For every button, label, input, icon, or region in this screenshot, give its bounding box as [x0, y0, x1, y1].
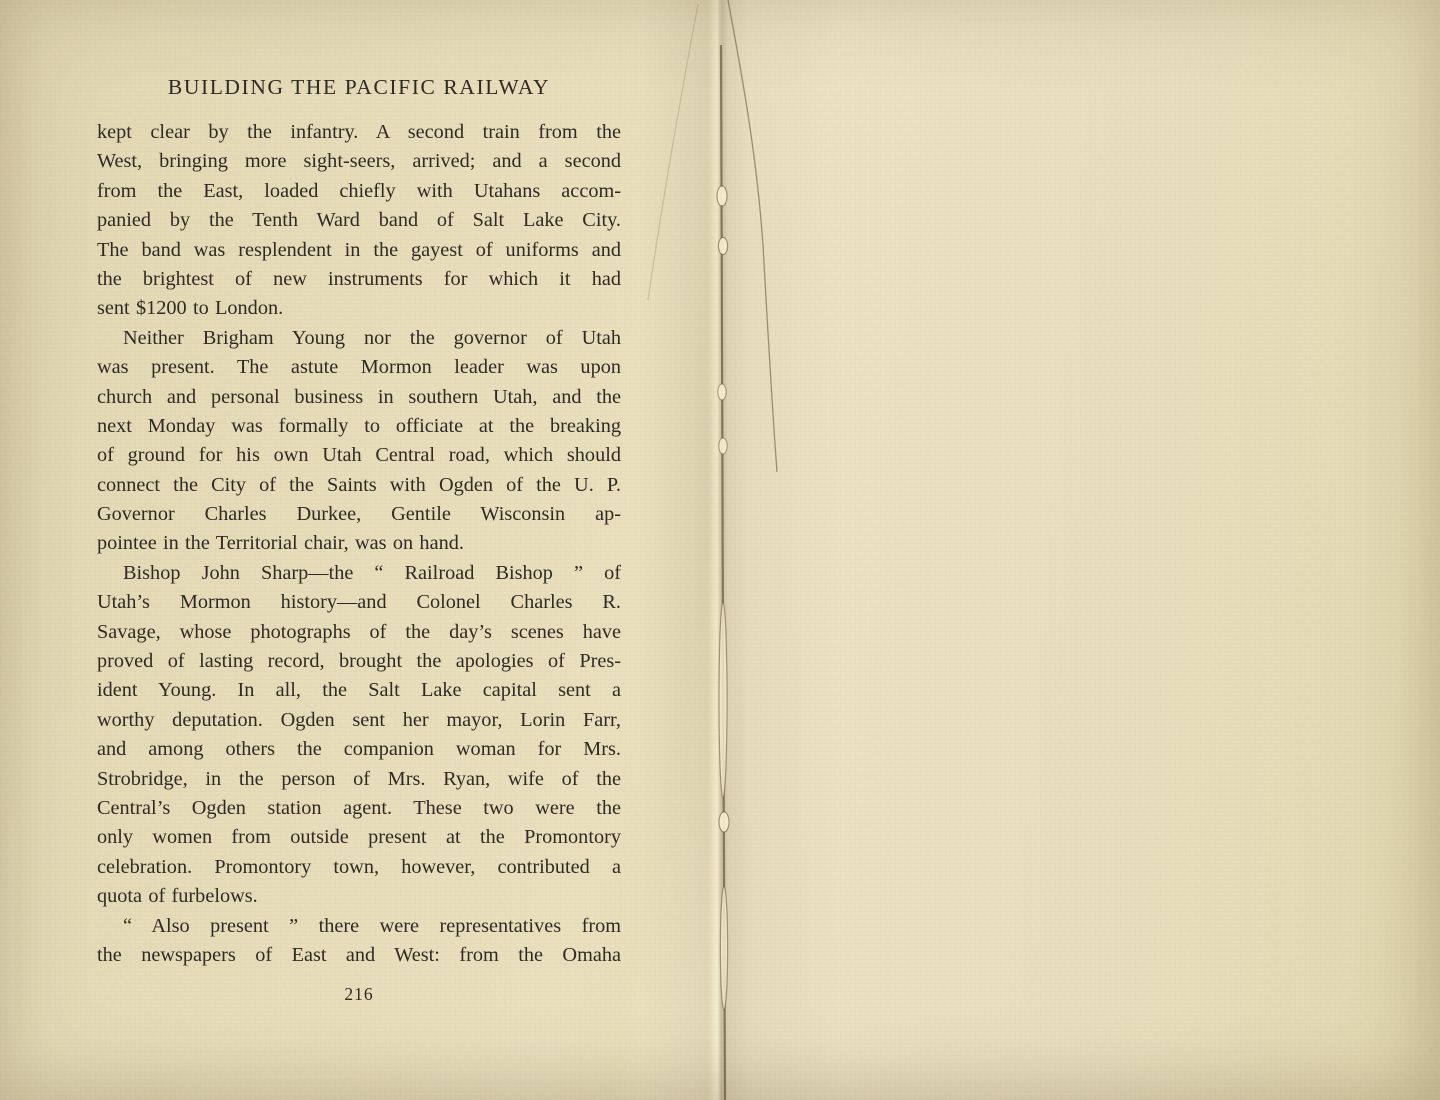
- text-line: panied by the Tenth Ward band of Salt La…: [97, 206, 621, 235]
- left-page: BUILDING THE PACIFIC RAILWAY kept clear …: [0, 0, 720, 1100]
- text-line: ident Young. In all, the Salt Lake capit…: [97, 676, 621, 705]
- text-line: Central’s Ogden station agent. These two…: [97, 794, 621, 823]
- right-page: THE FINISH Herald, Assistant Editor Foot…: [720, 0, 1440, 1100]
- text-line: West, bringing more sight-seers, arrived…: [97, 147, 621, 176]
- text-line: worthy deputation. Ogden sent her mayor,…: [97, 706, 621, 735]
- text-line: Governor Charles Durkee, Gentile Wiscons…: [97, 500, 621, 529]
- text-line: next Monday was formally to officiate at…: [97, 412, 621, 441]
- text-line: only women from outside present at the P…: [97, 823, 621, 852]
- book-scan-spread: BUILDING THE PACIFIC RAILWAY kept clear …: [0, 0, 1440, 1100]
- text-line: of ground for his own Utah Central road,…: [97, 441, 621, 470]
- text-line: celebration. Promontory town, however, c…: [97, 853, 621, 882]
- text-line: proved of lasting record, brought the ap…: [97, 647, 621, 676]
- text-line: the newspapers of East and West: from th…: [97, 941, 621, 970]
- text-line: pointee in the Territorial chair, was on…: [97, 529, 621, 558]
- text-line: Utah’s Mormon history—and Colonel Charle…: [97, 588, 621, 617]
- text-line: was present. The astute Mormon leader wa…: [97, 353, 621, 382]
- text-line: Neither Brigham Young nor the governor o…: [97, 324, 621, 353]
- text-line: Savage, whose photographs of the day’s s…: [97, 618, 621, 647]
- text-line: The band was resplendent in the gayest o…: [97, 236, 621, 265]
- text-line: Bishop John Sharp—the “ Railroad Bishop …: [97, 559, 621, 588]
- text-line: and among others the companion woman for…: [97, 735, 621, 764]
- text-line: kept clear by the infantry. A second tra…: [97, 118, 621, 147]
- text-line: Strobridge, in the person of Mrs. Ryan, …: [97, 765, 621, 794]
- text-line: church and personal business in southern…: [97, 383, 621, 412]
- text-line: connect the City of the Saints with Ogde…: [97, 471, 621, 500]
- text-line: the brightest of new instruments for whi…: [97, 265, 621, 294]
- text-line: from the East, loaded chiefly with Utaha…: [97, 177, 621, 206]
- running-head-left: BUILDING THE PACIFIC RAILWAY: [97, 74, 621, 100]
- page-number-left: 216: [97, 984, 621, 1005]
- text-line: sent $1200 to London.: [97, 294, 621, 323]
- text-line: quota of furbelows.: [97, 882, 621, 911]
- left-page-text-block: kept clear by the infantry. A second tra…: [97, 118, 621, 970]
- text-line: “ Also present ” there were representati…: [97, 912, 621, 941]
